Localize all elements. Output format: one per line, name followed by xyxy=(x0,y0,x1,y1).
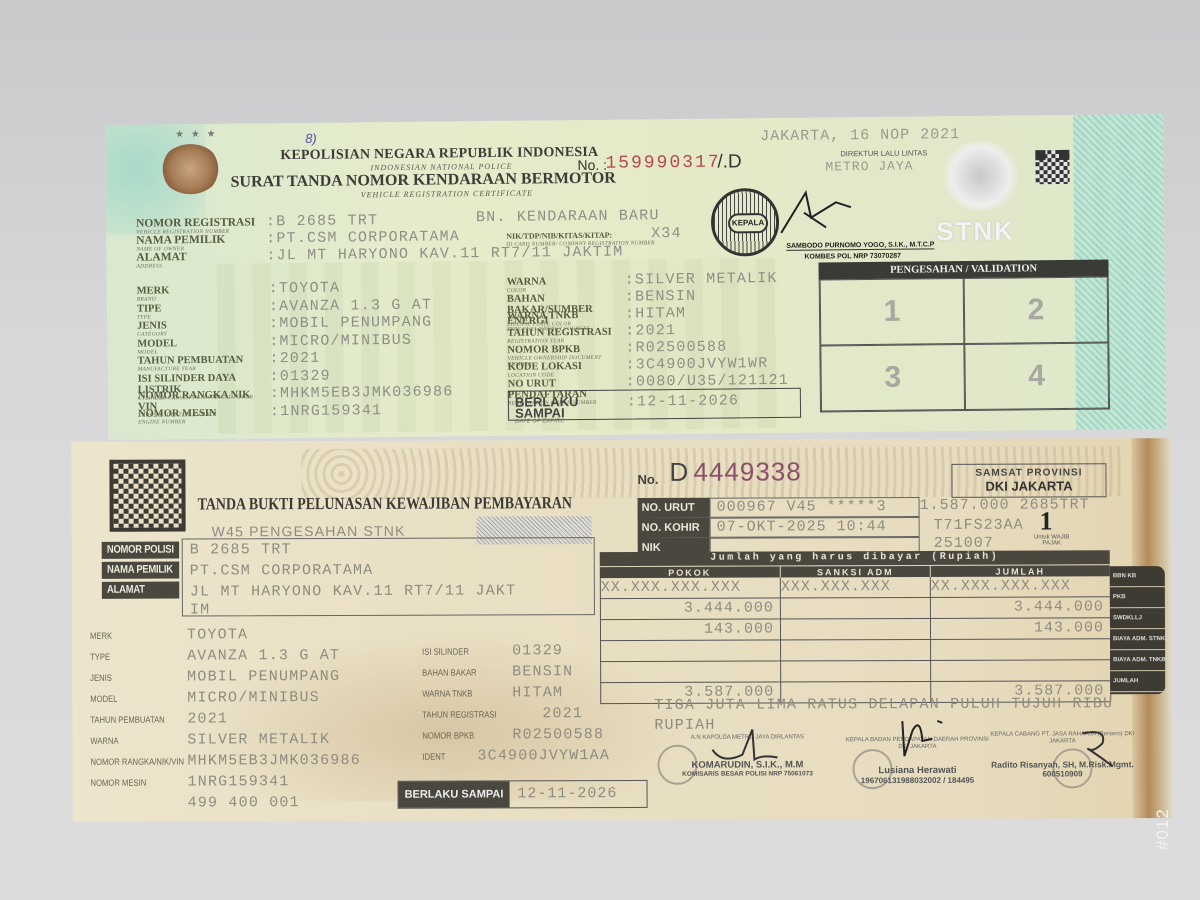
validation-cell: 2 xyxy=(964,277,1109,345)
owner-name-value: PT.CSM CORPORATAMA xyxy=(190,562,374,580)
vehicle-specs-right: ISI SILINDER 01329BAHAN BAKAR BENSINWARN… xyxy=(71,438,1171,442)
official-stamp-icon: KEPALA xyxy=(711,188,780,257)
agency-name: KEPOLISIAN NEGARA REPUBLIK INDONESIA xyxy=(280,145,598,164)
spec-label: MERK xyxy=(90,631,112,641)
police-number-value: B 2685 TRT xyxy=(190,541,292,558)
spec-label: TAHUN PEMBUATAN xyxy=(90,715,164,725)
copy-number: 1 xyxy=(1040,506,1053,536)
signer-id: KOMBES POL NRP 73070287 xyxy=(804,253,901,261)
payment-code: BBN KB xyxy=(1110,566,1165,587)
field-value: :PT.CSM CORPORATAMA xyxy=(266,228,460,247)
field-value: :B 2685 TRT xyxy=(266,212,378,230)
field-value: :TOYOTA xyxy=(269,280,341,298)
meta-extra: 1.587.000 2685TRT xyxy=(920,496,1090,514)
document-title-en: VEHICLE REGISTRATION CERTIFICATE xyxy=(361,189,533,200)
payment-row xyxy=(600,639,1110,662)
expiry-value: :12-11-2026 xyxy=(627,392,739,410)
payment-code: SWDKLLJ xyxy=(1110,608,1165,629)
field-label: ALAMATADDRESS xyxy=(136,251,266,269)
label-police-number: NOMOR POLISI xyxy=(102,542,179,559)
field-value: :1NRG159341 xyxy=(270,402,382,420)
validation-grid: 1 2 3 4 xyxy=(819,276,1110,412)
field-label: NOMOR MESINENGINE NUMBER xyxy=(138,407,270,425)
spec-label: IDENT xyxy=(422,752,445,762)
spec-value: HITAM xyxy=(512,684,563,701)
expiry-label: BERLAKU SAMPAIDATE OF EXPIRE xyxy=(515,396,627,425)
sanksi-cell xyxy=(781,619,931,640)
spec-value: SILVER METALIK xyxy=(187,731,330,748)
doc-number-label: No. xyxy=(637,472,658,487)
director-place: METRO JAYA xyxy=(825,159,913,175)
spec-label: TYPE xyxy=(90,652,110,662)
spec-label: NOMOR MESIN xyxy=(91,778,147,788)
signatory-id: KOMISARIS BESAR POLISI NRP 75061073 xyxy=(672,770,822,778)
field-value: :MICRO/MINIBUS xyxy=(269,331,412,349)
spec-label: WARNA TNKB xyxy=(422,689,472,699)
stamp-text: KEPALA xyxy=(728,213,768,233)
vehicle-field: NOMOR MESINENGINE NUMBER :1NRG159341 xyxy=(138,402,382,426)
expiry-box: BERLAKU SAMPAIDATE OF EXPIRE :12-11-2026 xyxy=(508,388,801,421)
field-value: :HITAM xyxy=(625,305,686,323)
vehicle-details-left: MERKBRAND :TOYOTATIPETYPE :AVANZA 1.3 G … xyxy=(105,114,1163,125)
stnk-card: ★ ★ ★ 8) KEPOLISIAN NEGARA REPUBLIK INDO… xyxy=(105,114,1166,440)
payment-code: PKB xyxy=(1110,587,1165,608)
samsat-region: DKI JAKARTA xyxy=(952,478,1105,494)
pokok-cell: 143.000 xyxy=(601,619,781,640)
hologram-text: STNK xyxy=(936,215,1015,247)
vehicle-details-right: WARNACOLOR :SILVER METALIKBAHAN BAKAR/SU… xyxy=(105,114,1163,125)
meta-row-queue: NO. URUT 000967 V45 *****3 xyxy=(638,497,920,518)
serial-suffix: /.D xyxy=(717,151,742,173)
valid-until-label: BERLAKU SAMPAI xyxy=(399,781,510,807)
field-value: :AVANZA 1.3 G AT xyxy=(269,296,432,315)
validation-cell: 3 xyxy=(820,344,965,412)
spec-value: 2021 xyxy=(187,710,228,727)
jumlah-cell: 143.000 xyxy=(931,618,1111,639)
payment-table: Jumlah yang harus dibayar (Rupiah) POKOK… xyxy=(600,550,1111,704)
signature-icon xyxy=(892,711,952,761)
field-value: :01329 xyxy=(270,367,331,385)
signature-icon xyxy=(702,719,782,769)
photo-tag: #012 xyxy=(1153,808,1173,850)
pokok-cell xyxy=(601,640,781,661)
field-value: :2021 xyxy=(269,350,320,368)
signatory-id: 600510909 xyxy=(987,769,1137,779)
spec-label: NOMOR BPKB xyxy=(422,731,474,741)
payment-receipt: TANDA BUKTI PELUNASAN KEWAJIBAN PEMBAYAR… xyxy=(71,438,1172,822)
sanksi-cell xyxy=(781,640,931,661)
jumlah-cell: XX.XXX.XXX.XXX xyxy=(931,576,1111,597)
spec-label: WARNA xyxy=(90,736,118,746)
vehicle-specs-left: MERK TOYOTATYPE AVANZA 1.3 G ATJENIS MOB… xyxy=(71,438,1171,442)
field-value: :MHKM5EB3JMK036986 xyxy=(270,383,454,402)
field-value: :R02500588 xyxy=(625,338,727,356)
payment-row: 143.000 143.000 xyxy=(600,618,1110,641)
label-address: ALAMAT xyxy=(102,582,179,599)
signature-icon xyxy=(1072,728,1122,768)
pokok-cell: XX.XXX.XXX.XXX xyxy=(601,577,781,598)
handwritten-note: 8) xyxy=(305,131,317,146)
spec-label: MODEL xyxy=(90,694,117,704)
police-emblem-icon xyxy=(160,144,221,195)
document-title: SURAT TANDA NOMOR KENDARAAN BERMOTOR xyxy=(231,170,616,192)
jumlah-cell xyxy=(931,660,1111,681)
doc-number: 4449338 xyxy=(693,456,801,487)
signatory-id: 196706131988032002 / 184495 xyxy=(843,776,993,786)
spec-value: 3C4900JVYW1AA xyxy=(477,747,610,764)
meta-label: NO. KOHIR xyxy=(638,518,710,538)
payment-row: XX.XXX.XXX.XXX XXX.XXX.XXX XX.XXX.XXX.XX… xyxy=(600,576,1110,599)
spec-value: BENSIN xyxy=(512,663,573,680)
field-value: :3C4900JVYW1WR xyxy=(625,355,768,373)
jumlah-cell: 3.444.000 xyxy=(931,597,1111,618)
spec-value: 1NRG159341 xyxy=(187,773,289,790)
valid-until-value: 12-11-2026 xyxy=(509,781,617,807)
jumlah-cell xyxy=(931,639,1111,660)
payment-codes: BBN KBPKBSWDKLLJBIAYA ADM. STNKBIAYA ADM… xyxy=(1110,566,1165,694)
spec-value: MICRO/MINIBUS xyxy=(187,689,320,706)
extra-code-line: 499 400 001 xyxy=(188,794,300,811)
signature-icon xyxy=(776,187,857,238)
validation-table: PENGESAHAN / VALIDATION 1 2 3 4 xyxy=(818,259,1110,412)
copy-label: Untuk WAJIB PAJAK xyxy=(1027,534,1077,546)
registration-status: BN. KENDARAAN BARU xyxy=(476,207,660,226)
meta-extra: 251007 xyxy=(934,535,994,552)
spec-value: MHKM5EB3JMK036986 xyxy=(187,752,360,770)
spec-value: TOYOTA xyxy=(187,626,248,643)
meta-value: 000967 V45 *****3 xyxy=(710,497,920,518)
qr-code-icon xyxy=(109,460,185,532)
meta-label: NO. URUT xyxy=(638,498,710,518)
spec-value: R02500588 xyxy=(512,726,604,743)
field-value: :MOBIL PENUMPANG xyxy=(269,314,432,333)
spec-label: BAHAN BAKAR xyxy=(422,668,476,678)
sanksi-cell: XXX.XXX.XXX xyxy=(781,577,931,598)
payment-code: JUMLAH xyxy=(1110,671,1165,692)
spec-label: JENIS xyxy=(90,673,112,683)
field-value: :2021 xyxy=(625,322,676,340)
valid-until-box: BERLAKU SAMPAI 12-11-2026 xyxy=(398,780,648,809)
payment-rows: XX.XXX.XXX.XXX XXX.XXX.XXX XX.XXX.XXX.XX… xyxy=(600,576,1110,704)
receipt-title: TANDA BUKTI PELUNASAN KEWAJIBAN PEMBAYAR… xyxy=(198,493,572,514)
spec-value: AVANZA 1.3 G AT xyxy=(187,647,340,665)
hologram-seal-icon xyxy=(940,140,1021,211)
spec-value: 01329 xyxy=(512,642,563,659)
validation-cell: 1 xyxy=(820,278,965,346)
meta-extra: T71FS23AA xyxy=(934,517,1024,534)
field-value: :SILVER METALIK xyxy=(625,270,778,289)
payment-code: BIAYA ADM. TNKB xyxy=(1110,650,1165,671)
payment-row xyxy=(600,660,1110,683)
serial-number: 159990317 xyxy=(605,153,720,174)
spec-value: MOBIL PENUMPANG xyxy=(187,668,340,686)
serial-label: No. : xyxy=(577,157,607,173)
spec-value: 2021 xyxy=(542,705,583,722)
doc-number-prefix: D xyxy=(669,457,688,488)
samsat-box: SAMSAT PROVINSI DKI JAKARTA xyxy=(951,463,1106,498)
meta-row-kohir: NO. KOHIR 07-OKT-2025 10:44 xyxy=(638,517,920,538)
expiry-field: BERLAKU SAMPAIDATE OF EXPIRE :12-11-2026 xyxy=(515,392,740,424)
pokok-cell: 3.444.000 xyxy=(601,598,781,619)
nik-label: NIK/TDP/NIB/KITAS/KITAP:ID CARD NUMBER/ … xyxy=(506,229,655,248)
spec-label: NOMOR RANGKA/NIK/VIN xyxy=(90,757,184,767)
pokok-cell xyxy=(601,661,781,682)
sanksi-cell xyxy=(781,661,931,682)
meta-value: 07-OKT-2025 10:44 xyxy=(710,517,920,538)
validation-cell: 4 xyxy=(964,343,1109,411)
director-title: DIREKTUR LALU LINTAS xyxy=(840,148,927,158)
issue-date: JAKARTA, 16 NOP 2021 xyxy=(760,126,960,145)
payment-row: 3.444.000 3.444.000 xyxy=(600,597,1110,620)
address-value-cont: IM xyxy=(190,601,210,618)
payment-code: BIAYA ADM. STNK xyxy=(1110,629,1165,650)
sanksi-cell xyxy=(781,598,931,619)
spec-label: ISI SILINDER xyxy=(422,647,469,657)
nik-value: X34 xyxy=(651,225,682,242)
address-value: JL MT HARYONO KAV.11 RT7/11 JAKT xyxy=(190,582,517,600)
spec-label: TAHUN REGISTRASI xyxy=(422,709,496,719)
samsat-label: SAMSAT PROVINSI xyxy=(952,467,1105,479)
field-value: :BENSIN xyxy=(625,288,697,306)
signatory-name: Lusiana Herawati xyxy=(842,765,992,777)
label-owner-name: NAMA PEMILIK xyxy=(102,562,179,579)
qr-code-icon xyxy=(1035,150,1069,184)
signer-name: SAMBODO PURNOMO YOGO, S.I.K., M.T.C.P xyxy=(786,241,934,251)
star-icon: ★ ★ ★ xyxy=(175,129,218,140)
